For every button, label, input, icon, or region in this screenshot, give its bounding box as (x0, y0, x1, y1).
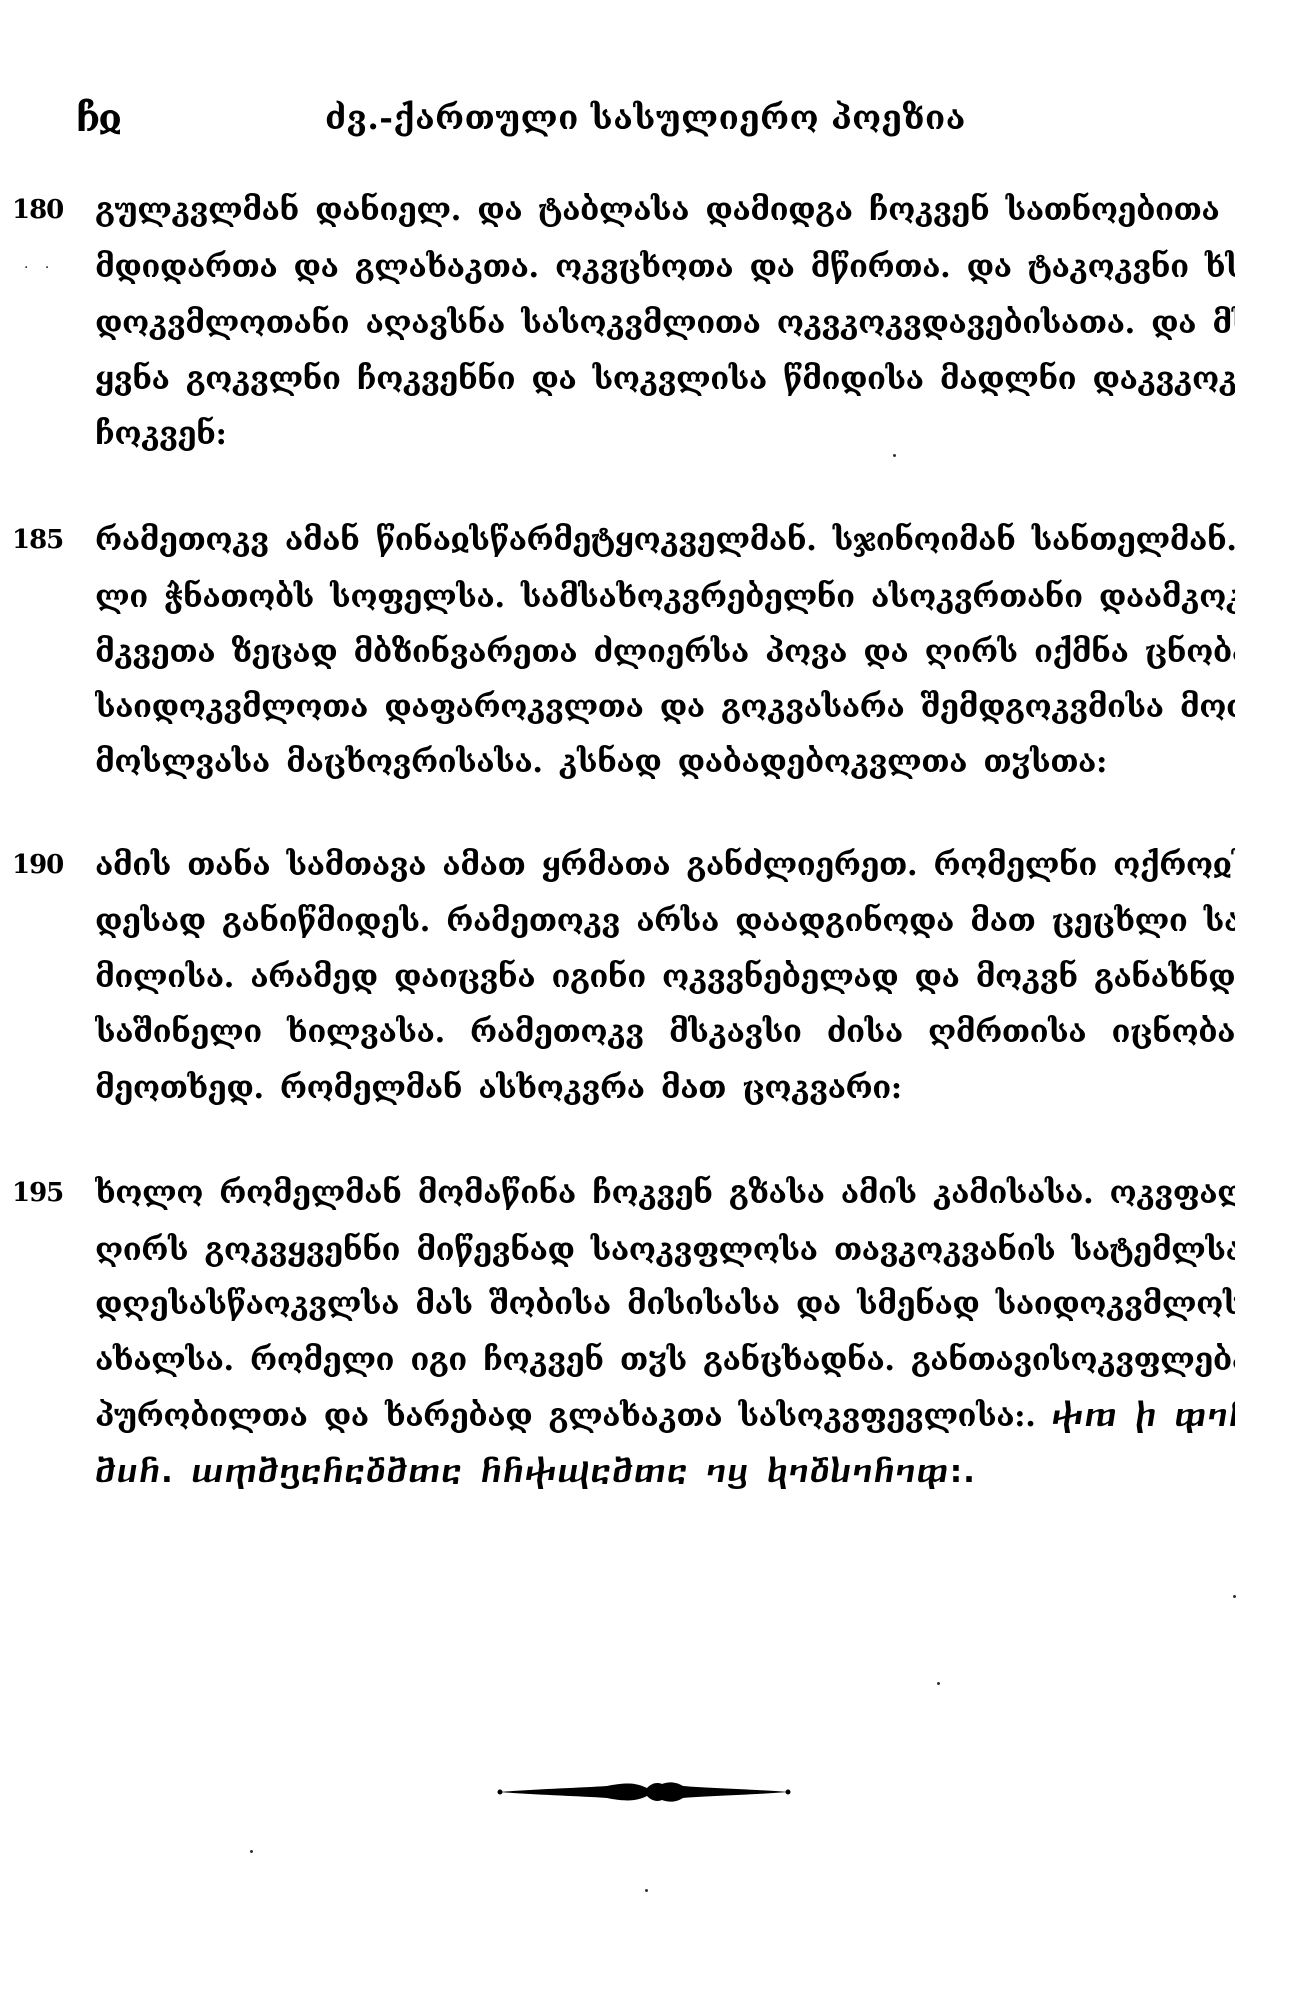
text-line: დოკვმლოთანი აღავსნა სასოკვმლითა ოკვკოკვდ… (95, 296, 1235, 350)
document-page: ჩჲ ძვ.-ქართული სასულიერო პოეზია · · 180 … (0, 0, 1312, 1999)
text-line: ამის თანა სამთავა ამათ ყრმათა განძლიერეთ… (95, 838, 1235, 892)
text-line: ჩოკვენ: (95, 407, 1235, 461)
text-line: მილისა. არამედ დაიცვნა იგინი ოკვვნებელად… (95, 950, 1235, 1004)
print-speck (250, 1850, 253, 1853)
text-line: პურობილთა და ხარებად გლახაკთა სასოკვფევლ… (95, 1389, 1235, 1443)
text-line: ხოლო რომელმან მომაწინა ჩოკვენ გზასა ამის… (95, 1166, 1235, 1220)
text-line-main: პურობილთა და ხარებად გლახაკთა სასოკვფევლ… (95, 1398, 1035, 1434)
print-speck (1233, 1595, 1236, 1598)
page-number: ჩჲ (76, 96, 120, 140)
line-number: 185 (12, 513, 74, 567)
margin-marks: · · (24, 258, 55, 278)
text-line: მდიდართა და გლახაკთა. ოკვცხოთა და მწირთა… (95, 240, 1235, 294)
line-number: 180 (12, 183, 74, 237)
text-line: ყვნა გოკვლნი ჩოკვენნი და სოკვლისა წმიდის… (95, 352, 1235, 406)
text-line: მეოთხედ. რომელმან ასხოკვრა მათ ცოკვარი: (95, 1061, 1235, 1115)
khutsuri-colophon: ⴋⴎⴌ. ⴍⴅⴋⴂⴀⴌⴀⴃⴋⴇⴀ ⴌⴌⴕⴓⴀⴋⴇⴀ ⴈⴁ ⴉⴈⴃⴑⴈⴌⴈⴔ:. (95, 1445, 1235, 1499)
print-speck (645, 1889, 648, 1892)
text-line: დესად განიწმიდეს. რამეთოკვ არსა დაადგინო… (95, 894, 1235, 948)
text-line: რამეთოკვ ამან წინაჲსწარმეტყოკველმან. სჯი… (95, 513, 1235, 567)
text-line: საიდოკვმლოთა დაფაროკვლთა და გოკვასარა შე… (95, 680, 1235, 734)
text-line: მკვეთა ზეცად მბზინვარეთა ძლიერსა პოვა და… (95, 625, 1235, 679)
running-head: ძვ.-ქართული სასულიერო პოეზია (325, 96, 1005, 140)
text-line: გულკვლმან დანიელ. და ტაბლასა დამიდგა ჩოკ… (95, 183, 1235, 237)
print-speck (893, 454, 896, 457)
text-line: მოსლვასა მაცხოვრისასა. კსნად დაბადებოკვლ… (95, 735, 1235, 789)
tailpiece-ornament-icon (497, 1774, 791, 1810)
line-number: 190 (12, 838, 74, 892)
line-number: 195 (12, 1166, 74, 1220)
print-speck (937, 1682, 940, 1685)
khutsuri-colophon-start: ⴕⴊ ⴙ ⴔⴈⴌⴕ ⴌⴀ (1052, 1398, 1235, 1434)
text-line: დღესასწაოკვლსა მას შობისა მისისასა და სმ… (95, 1277, 1235, 1331)
text-line: ახალსა. რომელი იგი ჩოკვენ თჳს განცხადნა.… (95, 1333, 1235, 1387)
text-line: ღირს გოკვყვენნი მიწევნად საოკვფლოსა თავკ… (95, 1223, 1235, 1277)
text-line: ლი ჭნათობს სოფელსა. სამსახოკვრებელნი ასო… (95, 570, 1235, 624)
text-line: საშინელი ხილვასა. რამეთოკვ მსკავსი ძისა … (95, 1005, 1235, 1059)
